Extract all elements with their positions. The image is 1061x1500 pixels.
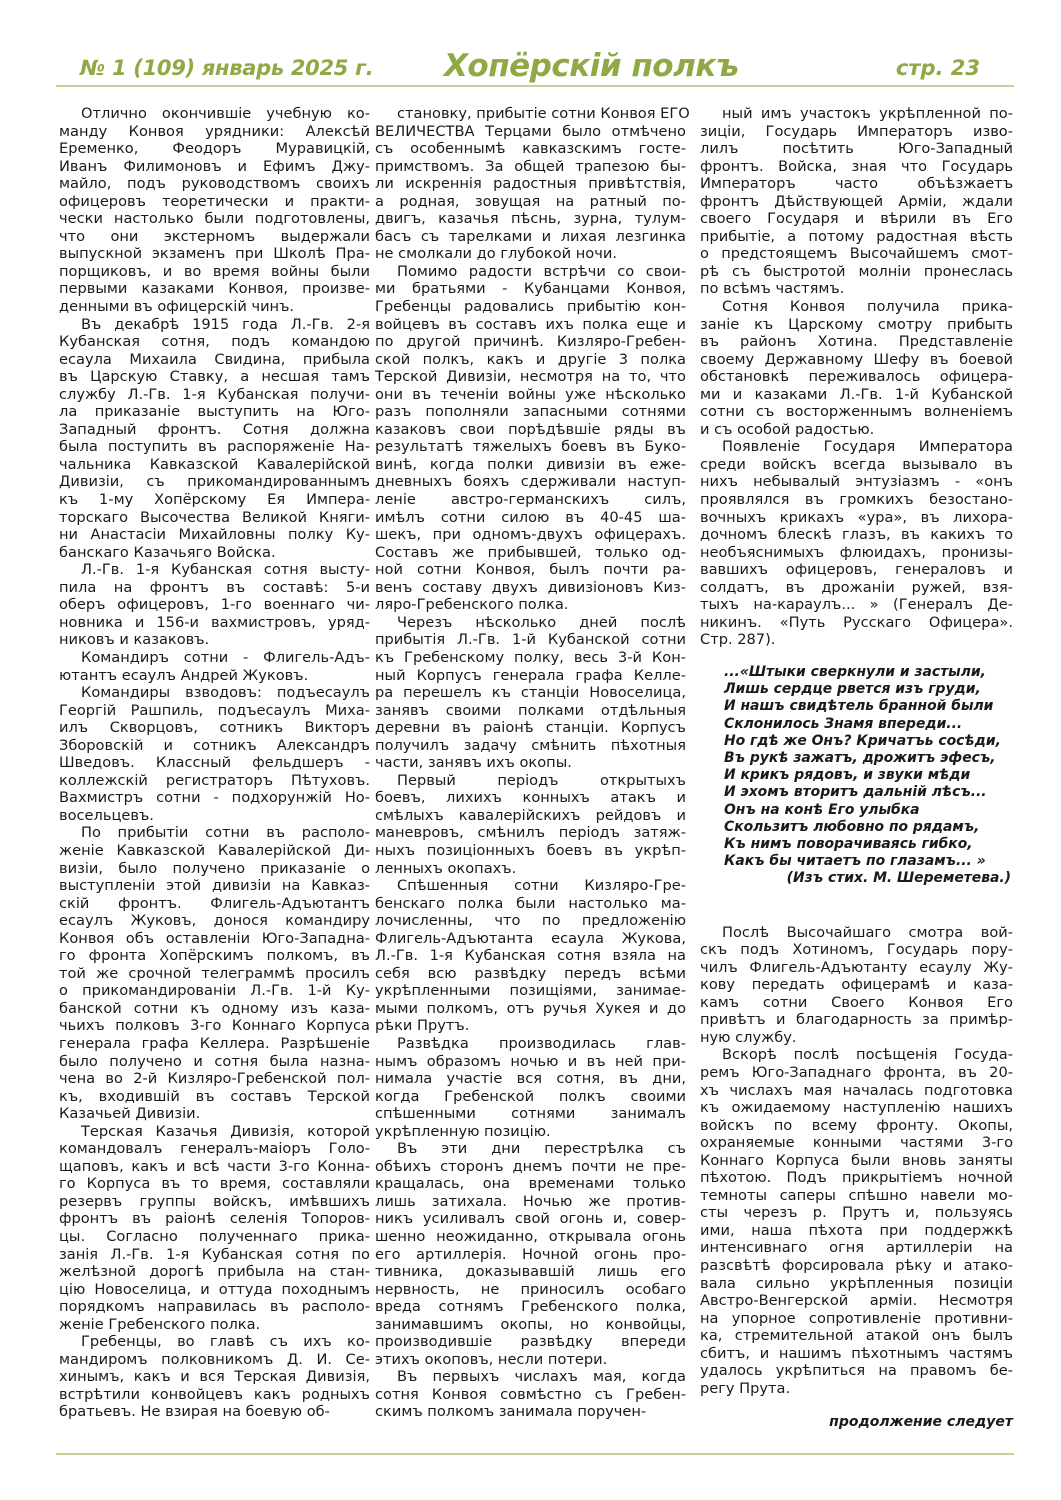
text-line: Казачьей Дивизіи. <box>59 1105 370 1123</box>
text-line: занимавшимъ окопы, но конвойцы, <box>375 1316 686 1334</box>
issue-number: № 1 (109) январь 2025 г. <box>80 56 373 80</box>
text-line: было получено и сотня была назна- <box>59 1053 370 1071</box>
text-line: Зборовскій и сотникъ Александръ <box>59 737 370 755</box>
paragraph: становку, прибытіе сотни Конвоя ЕГОВЕЛИЧ… <box>375 105 686 263</box>
publication-title: Хопёрскій полкъ <box>444 48 739 84</box>
text-line: ли искреннія радостныя привѣтствія, <box>375 175 686 193</box>
poem-line: И нашъ свидѣтель бранной были <box>724 698 1013 715</box>
text-line: вочныхъ крикахъ «ура», въ лихора- <box>700 509 1013 527</box>
text-line: этихъ окоповъ, несли потери. <box>375 1351 686 1369</box>
text-line: себя всю развѣдку передъ всѣми <box>375 965 686 983</box>
text-line: чилъ Флигель-Адъютанту есаулу Жу- <box>700 959 1013 977</box>
text-line: ской полкъ, какъ и другіе 3 полка <box>375 351 686 369</box>
text-line: двигъ, казачья пѣснь, зурна, тулум- <box>375 210 686 228</box>
text-line: вреда сотнямъ Гребенского полка, <box>375 1298 686 1316</box>
header-divider <box>56 85 1014 87</box>
text-line: съ особеннымѣ кавказскимъ госте- <box>375 140 686 158</box>
text-line: къ 1-му Хопёрскому Ея Импера- <box>59 491 370 509</box>
poem-quote: ...«Штыки сверкнули и застыли,Лишь сердц… <box>700 664 1013 888</box>
text-line: спѣшенными сотнями занималъ <box>375 1105 686 1123</box>
text-line: восельцевъ. <box>59 807 370 825</box>
paragraph: Черезъ нѣсколько дней послѣприбытія Л.-Г… <box>375 614 686 772</box>
text-line: Австро-Венгерской арміи. Несмотря <box>700 1292 1013 1310</box>
text-line: Георгій Рашпиль, подъесаулъ Миха- <box>59 702 370 720</box>
text-line: той же срочной телеграммѣ просилъ <box>59 965 370 983</box>
text-line: го фронта Хопёрскимъ полкомъ, въ <box>59 947 370 965</box>
page-header: № 1 (109) январь 2025 г. Хопёрскій полкъ… <box>78 48 1008 84</box>
text-line: Кубанская сотня, подъ командою <box>59 333 370 351</box>
text-line: бенскаго полка были настолько ма- <box>375 895 686 913</box>
text-line: заніе къ Царскому смотру прибыть <box>700 316 1013 334</box>
poem-line: Въ рукѣ зажатъ, дрожитъ эфесъ, <box>724 750 1013 767</box>
text-line: ную службу. <box>700 1029 1013 1047</box>
text-line: Дивизіи, съ прикомандированнымъ <box>59 473 370 491</box>
text-line: о предстоящемъ Высочайшемъ смот- <box>700 245 1013 263</box>
text-line: войцевъ въ составъ ихъ полка еще и <box>375 316 686 334</box>
text-line: имѣлъ сотни силою въ 40-45 ша- <box>375 509 686 527</box>
text-line: торскаго Высочества Великой Княги- <box>59 509 370 527</box>
text-line: деревни въ раіонѣ станціи. Корпусъ <box>375 719 686 737</box>
text-line: тыхъ на-караулъ... » (Генералъ Де- <box>700 596 1013 614</box>
text-line: денными въ офицерскій чинъ. <box>59 298 370 316</box>
text-line: скій фронтъ. Флигель-Адъютантъ <box>59 895 370 913</box>
text-line: ный Корпусъ генерала графа Келле- <box>375 667 686 685</box>
text-line: фронтъ. Войска, зная что Государь <box>700 158 1013 176</box>
text-line: ни Анастасіи Михайловны полку Ку- <box>59 526 370 544</box>
text-line: нымъ образомъ ночью и въ ней при- <box>375 1053 686 1071</box>
text-line: фронтъ въ раіонѣ селенія Топоров- <box>59 1210 370 1228</box>
text-line: когда Гребенской полкъ своими <box>375 1088 686 1106</box>
text-line: Вскорѣ послѣ посѣщенія Госуда- <box>700 1046 1013 1064</box>
text-line: своему Державному Шефу въ боевой <box>700 351 1013 369</box>
paragraph: Гребенцы, во главѣ съ ихъ ко-мандиромъ п… <box>59 1333 370 1421</box>
text-line: Командиры взводовъ: подъесаулъ <box>59 684 370 702</box>
text-line: выпускной экзаменъ при Школѣ Пра- <box>59 245 370 263</box>
text-line: боевъ, лихихъ конныхъ атакъ и <box>375 789 686 807</box>
text-line: вала сильно укрѣпленныя позиціи <box>700 1275 1013 1293</box>
text-line: никинъ. «Путь Русскаго Офицера». <box>700 614 1013 632</box>
paragraph: Появленіе Государя Императорасреди войск… <box>700 438 1013 649</box>
text-line: занія Л.-Гв. 1-я Кубанская сотня по <box>59 1246 370 1264</box>
text-line: прибытіе, а потому радостная вѣсть <box>700 228 1013 246</box>
footer-divider <box>56 1453 1014 1455</box>
paragraph: Въ первыхъ числахъ мая, когдасотня Конво… <box>375 1368 686 1421</box>
text-line: шекъ, при одномъ-двухъ офицерахъ. <box>375 526 686 544</box>
text-line: выступленіи этой дивизіи на Кавказ- <box>59 877 370 895</box>
text-line: оберъ офицеровъ, 1-го военнаго чи- <box>59 596 370 614</box>
text-line: есаула Михаила Свидина, прибыла <box>59 351 370 369</box>
text-line: не смолкали до глубокой ночи. <box>375 245 686 263</box>
text-line: привѣтъ и благодарность за примѣр- <box>700 1011 1013 1029</box>
poem-line: Лишь сердце рвется изъ груди, <box>724 681 1013 698</box>
text-line: рѣ съ быстротой молніи пронеслась <box>700 263 1013 281</box>
text-line: желѣзной дорогѣ прибыла на стан- <box>59 1263 370 1281</box>
text-line: Еременко, Феодоръ Муравицкій, <box>59 140 370 158</box>
poem-line: Но гдѣ же Онъ? Кричатъь сосѣди, <box>724 733 1013 750</box>
text-line: сты черезъ р. Прутъ и, пользуясь <box>700 1204 1013 1222</box>
text-line: никовъ и казаковъ. <box>59 631 370 649</box>
poem-line: Склонилось Знамя впереди... <box>724 716 1013 733</box>
text-line: на упорное сопротивленіе противни- <box>700 1310 1013 1328</box>
text-line: Отлично окончившіе учебную ко- <box>59 105 370 123</box>
text-line: винѣ, когда полки дивизіи въ еже- <box>375 456 686 474</box>
text-line: Л.-Гв. 1-я Кубанская сотня высту- <box>59 561 370 579</box>
text-line: ютантъ есаулъ Андрей Жуковъ. <box>59 667 370 685</box>
text-line: ныхъ позиціонныхъ боевъ въ укрѣп- <box>375 842 686 860</box>
poem-line: И крикъ рядовъ, и звуки мѣди <box>724 767 1013 784</box>
text-line: чальника Кавказской Кавалерійской <box>59 456 370 474</box>
text-line: скъ подъ Хотиномъ, Государь пору- <box>700 941 1013 959</box>
text-line: о прикомандированіи Л.-Гв. 1-й Ку- <box>59 982 370 1000</box>
text-line: Терская Казачья Дивизія, которой <box>59 1123 370 1141</box>
text-line: Флигель-Адъютанта есаула Жукова, <box>375 930 686 948</box>
text-line: службу Л.-Гв. 1-я Кубанская получи- <box>59 386 370 404</box>
text-line: укрѣпленными позищіями, занимае- <box>375 982 686 1000</box>
text-line: кову передать офицерамѣ и каза- <box>700 976 1013 994</box>
text-line: а родная, зовущая на ратный по- <box>375 193 686 211</box>
text-line: Гребенцы, во главѣ съ ихъ ко- <box>59 1333 370 1351</box>
text-line: сотня Конвоя совмѣстно съ Гребен- <box>375 1386 686 1404</box>
text-line: ка, стремительной атакой онъ былъ <box>700 1327 1013 1345</box>
paragraph: Первый періодъ открытыхъбоевъ, лихихъ ко… <box>375 772 686 877</box>
text-line: ра перешелъ къ станціи Новоселица, <box>375 684 686 702</box>
text-line: къ ожидаемому наступленію нашихъ <box>700 1099 1013 1117</box>
text-line: Шведовъ. Классный фельдшеръ - <box>59 754 370 772</box>
poem-line: ...«Штыки сверкнули и застыли, <box>724 664 1013 681</box>
text-line: въ Царскую Ставку, а несшая тамъ <box>59 368 370 386</box>
text-line: Сотня Конвоя получила прика- <box>700 298 1013 316</box>
text-line: цію Новоселица, и оттуда походнымъ <box>59 1281 370 1299</box>
text-line: обстановкѣ переживалось офицера- <box>700 368 1013 386</box>
text-line: дневныхъ бояхъ сдерживали наступ- <box>375 473 686 491</box>
text-line: примствомъ. За общей трапезою бы- <box>375 158 686 176</box>
text-line: лишь затихала. Ночью же против- <box>375 1193 686 1211</box>
paragraph: Отлично окончившіе учебную ко-манду Конв… <box>59 105 370 316</box>
text-line: банской сотни къ одному изъ каза- <box>59 1000 370 1018</box>
text-line: офицеровъ теоретически и практи- <box>59 193 370 211</box>
text-line: щаповъ, какъ и всѣ части 3-го Конна- <box>59 1158 370 1176</box>
text-line: братьевъ. Не взирая на боевую об- <box>59 1403 370 1421</box>
text-line: производившіе развѣдку впереди <box>375 1333 686 1351</box>
text-line: въ районъ Хотина. Представленіе <box>700 333 1013 351</box>
text-line: илъ Скворцовъ, сотникъ Викторъ <box>59 719 370 737</box>
text-line: становку, прибытіе сотни Конвоя ЕГО <box>375 105 686 123</box>
text-line: и съ особой радостью. <box>700 421 1013 439</box>
text-line: хъ числахъ мая началась подготовка <box>700 1082 1013 1100</box>
text-line: была поступить въ распоряженіе На- <box>59 438 370 456</box>
text-line: майло, подъ руководствомъ своихъ <box>59 175 370 193</box>
text-line: своего Государя и вѣрили въ Его <box>700 210 1013 228</box>
paragraph: Вскорѣ послѣ посѣщенія Госуда-ремъ Юго-З… <box>700 1046 1013 1397</box>
text-line: встрѣтили конвойцевъ какъ родныхъ <box>59 1386 370 1404</box>
text-line: охраняемые конными частями 3-го <box>700 1134 1013 1152</box>
text-line: никъ усиливалъ свой огонь и, совер- <box>375 1210 686 1228</box>
text-line: рѣки Прутъ. <box>375 1017 686 1035</box>
paragraph: Спѣшенныя сотни Кизляро-Гре-бенскаго пол… <box>375 877 686 1035</box>
text-line: хинымъ, какъ и вся Терская Дивизія, <box>59 1368 370 1386</box>
text-line: ленныхъ окопахъ. <box>375 860 686 878</box>
text-line: чена во 2-й Кизляро-Гребенской пол- <box>59 1070 370 1088</box>
poem-line: Скользитъ любовно по рядамъ, <box>724 819 1013 836</box>
paragraph: Развѣдка производилась глав-нымъ образом… <box>375 1035 686 1140</box>
text-line: лилъ посѣтить Юго-Западный <box>700 140 1013 158</box>
text-line: командовалъ генералъ-маіоръ Голо- <box>59 1140 370 1158</box>
text-line: порщиковъ, и во время войны были <box>59 263 370 281</box>
text-line: они въ теченіи войны уже нѣсколько <box>375 386 686 404</box>
text-line: получилъ задачу смѣнить пѣхотныя <box>375 737 686 755</box>
poem-line: Какъ бы читаетъ по глазамъ... » <box>724 853 1013 870</box>
text-line: Послѣ Высочайшаго смотра вой- <box>700 924 1013 942</box>
text-line: удалось укрѣпиться на правомъ бе- <box>700 1362 1013 1380</box>
text-line: По прибытіи сотни въ располо- <box>59 824 370 842</box>
text-line: Командиръ сотни - Флигель-Адъ- <box>59 649 370 667</box>
text-line: по другой причинѣ. Кизляро-Гребен- <box>375 333 686 351</box>
paragraph: Командиръ сотни - Флигель-Адъ-ютантъ еса… <box>59 649 370 684</box>
text-line: цы. Согласно полученнаго прика- <box>59 1228 370 1246</box>
text-line: зиціи, Государь Императоръ изво- <box>700 123 1013 141</box>
text-line: Черезъ нѣсколько дней послѣ <box>375 614 686 632</box>
text-line: пѣхотою. Подъ прикрытіемъ ночной <box>700 1169 1013 1187</box>
text-line: Составъ же прибывшей, только од- <box>375 544 686 562</box>
text-line: есаулъ Жуковъ, донося командиру <box>59 912 370 930</box>
poem-line: Къ нимъ поворачиваясь гибко, <box>724 836 1013 853</box>
text-line: Помимо радости встрѣчи со свои- <box>375 263 686 281</box>
paragraph: По прибытіи сотни въ располо-женіе Кавка… <box>59 824 370 1122</box>
text-line: резервъ группы войскъ, имѣвшихъ <box>59 1193 370 1211</box>
text-line: разъ пополняли запасными сотнями <box>375 403 686 421</box>
text-line: ляро-Гребенского полка. <box>375 596 686 614</box>
text-line: Терской Дивизіи, несмотря на то, что <box>375 368 686 386</box>
text-line: нимала участіе вся сотня, въ дни, <box>375 1070 686 1088</box>
text-line: казаковъ свои порѣдѣвшіе ряды въ <box>375 421 686 439</box>
text-line: скимъ полкомъ занимала поручен- <box>375 1403 686 1421</box>
text-line: ла приказаніе выступить на Юго- <box>59 403 370 421</box>
text-line: темноты саперы спѣшно навели мо- <box>700 1187 1013 1205</box>
text-line: Въ декабрѣ 1915 года Л.-Гв. 2-я <box>59 316 370 334</box>
text-line: интенсивнаго огня артиллеріи на <box>700 1239 1013 1257</box>
text-line: Гребенцы радовались прибытію кон- <box>375 298 686 316</box>
text-line: Западный фронтъ. Сотня должна <box>59 421 370 439</box>
text-line: маневровъ, смѣнилъ періодъ затяж- <box>375 824 686 842</box>
text-line: ми и казаками Л.-Гв. 1-й Кубанской <box>700 386 1013 404</box>
text-line: генерала графа Келлера. Разрѣшеніе <box>59 1035 370 1053</box>
page-number: стр. 23 <box>896 56 980 80</box>
text-line: Въ эти дни перестрѣлка съ <box>375 1140 686 1158</box>
text-line: ремъ Юго-Западнаго фронта, въ 20- <box>700 1064 1013 1082</box>
text-line: женіе Гребенского полка. <box>59 1316 370 1334</box>
text-line: коллежскій регистраторъ Пѣтуховъ. <box>59 772 370 790</box>
paragraph: Терская Казачья Дивизія, которойкомандов… <box>59 1123 370 1334</box>
poem-line: И эхомъ вторитъ дальній лѣсъ... <box>724 784 1013 801</box>
continued-note: продолжение следует <box>700 1414 1013 1432</box>
paragraph: Л.-Гв. 1-я Кубанская сотня высту-пила на… <box>59 561 370 649</box>
text-line: Иванъ Филимоновъ и Ефимъ Джу- <box>59 158 370 176</box>
article-column-1: Отлично окончившіе учебную ко-манду Конв… <box>59 105 370 1421</box>
text-line: разсвѣтѣ форсировала рѣку и атако- <box>700 1257 1013 1275</box>
text-line: го Корпуса въ то время, составляли <box>59 1175 370 1193</box>
text-line: банскаго Казачьяго Войска. <box>59 544 370 562</box>
text-line: солдатъ, въ дрожаніи ружей, взя- <box>700 579 1013 597</box>
text-line: пила на фронтъ въ составѣ: 5-и <box>59 579 370 597</box>
text-line: порядкомъ направилась въ располо- <box>59 1298 370 1316</box>
text-line: Л.-Гв. 1-я Кубанская сотня взяла на <box>375 947 686 965</box>
text-line: регу Прута. <box>700 1380 1013 1398</box>
paragraph: Помимо радости встрѣчи со свои-ми братья… <box>375 263 686 614</box>
text-line: ной сотни Конвоя, былъ почти ра- <box>375 561 686 579</box>
paragraph: Въ эти дни перестрѣлка съобѣихъ сторонъ … <box>375 1140 686 1368</box>
text-line: проявлялся въ громкихъ безостано- <box>700 491 1013 509</box>
text-line: нихъ небывалый энтузіазмъ - «онъ <box>700 473 1013 491</box>
text-line: Появленіе Государя Императора <box>700 438 1013 456</box>
text-line: части, занявъ ихъ окопы. <box>375 754 686 772</box>
text-line: шенно неожиданно, открывала огонь <box>375 1228 686 1246</box>
text-line: нервность, не приносилъ особаго <box>375 1281 686 1299</box>
text-line: Императоръ часто объѣзжаетъ <box>700 175 1013 193</box>
text-line: чьихъ полковъ 3-го Коннаго Корпуса <box>59 1017 370 1035</box>
text-line: первыми казаками Конвоя, произве- <box>59 280 370 298</box>
poem-source: (Изъ стих. М. Шереметева.) <box>724 870 1013 887</box>
text-line: ный имъ участокъ укрѣпленной по- <box>700 105 1013 123</box>
paragraph: Сотня Конвоя получила прика-заніе къ Цар… <box>700 298 1013 438</box>
text-line: по всѣмъ частямъ. <box>700 280 1013 298</box>
text-line: дочномъ блескѣ глазъ, въ какихъ то <box>700 526 1013 544</box>
text-line: его артиллерія. Ночной огонь про- <box>375 1246 686 1264</box>
poem-line: Онъ на конѣ Его улыбка <box>724 802 1013 819</box>
text-line: Конвоя объ оставленіи Юго-Западна- <box>59 930 370 948</box>
text-line: тивника, доказывавшій лишь его <box>375 1263 686 1281</box>
text-line: леніе австро-германскихъ силъ, <box>375 491 686 509</box>
text-line: Стр. 287). <box>700 631 1013 649</box>
text-line: Первый періодъ открытыхъ <box>375 772 686 790</box>
text-line: ВЕЛИЧЕСТВА Терцами было отмѣчено <box>375 123 686 141</box>
text-line: фронтъ Дѣйствующей Арміи, ждали <box>700 193 1013 211</box>
text-line: смѣлыхъ кавалерійскихъ рейдовъ и <box>375 807 686 825</box>
text-line: сотни съ восторженнымъ волненіемъ <box>700 403 1013 421</box>
text-line: вавшихъ офицеровъ, генераловъ и <box>700 561 1013 579</box>
text-line: ими, наша пѣхота при поддержкѣ <box>700 1222 1013 1240</box>
text-line: женіе Кавказской Кавалерійской Ди- <box>59 842 370 860</box>
text-line: манду Конвоя урядники: Алексѣй <box>59 123 370 141</box>
text-line: камъ сотни Своего Конвоя Его <box>700 994 1013 1012</box>
text-line: мандиромъ полковникомъ Д. И. Се- <box>59 1351 370 1369</box>
text-line: необъяснимыхъ флюидахъ, пронизы- <box>700 544 1013 562</box>
text-line: обѣихъ сторонъ днемъ почти не пре- <box>375 1158 686 1176</box>
text-line: результатѣ тяжелыхъ боевъ въ Буко- <box>375 438 686 456</box>
text-line: визіи, было получено приказаніе о <box>59 860 370 878</box>
article-column-2: становку, прибытіе сотни Конвоя ЕГОВЕЛИЧ… <box>375 105 686 1421</box>
text-line: сбитъ, и нашимъ пѣхотнымъ частямъ <box>700 1345 1013 1363</box>
paragraph: Командиры взводовъ: подъесаулъГеоргій Ра… <box>59 684 370 824</box>
paragraph: Въ декабрѣ 1915 года Л.-Гв. 2-яКубанская… <box>59 316 370 562</box>
text-line: что они экстерномъ выдержали <box>59 228 370 246</box>
text-line: Въ первыхъ числахъ мая, когда <box>375 1368 686 1386</box>
text-line: прибытія Л.-Гв. 1-й Кубанской сотни <box>375 631 686 649</box>
text-line: среди войскъ всегда вызывало въ <box>700 456 1013 474</box>
text-line: венъ составу двухъ дивизіоновъ Киз- <box>375 579 686 597</box>
text-line: войскъ по всему фронту. Окопы, <box>700 1117 1013 1135</box>
text-line: занявъ своими полками отдѣльныя <box>375 702 686 720</box>
text-line: чески настолько были подготовлены, <box>59 210 370 228</box>
text-line: Коннаго Корпуса были вновь заняты <box>700 1152 1013 1170</box>
text-line: ми братьями - Кубанцами Конвоя, <box>375 280 686 298</box>
text-line: лочисленны, что по предложенію <box>375 912 686 930</box>
text-line: басъ съ тарелками и лихая лезгинка <box>375 228 686 246</box>
text-line: мыми полкомъ, отъ ручья Хукея и до <box>375 1000 686 1018</box>
text-line: кращалась, она временами только <box>375 1175 686 1193</box>
text-line: Спѣшенныя сотни Кизляро-Гре- <box>375 877 686 895</box>
paragraph: ный имъ участокъ укрѣпленной по-зиціи, Г… <box>700 105 1013 298</box>
article-column-3: ный имъ участокъ укрѣпленной по-зиціи, Г… <box>700 105 1013 1432</box>
text-line: укрѣпленную позицію. <box>375 1123 686 1141</box>
paragraph: Послѣ Высочайшаго смотра вой-скъ подъ Хо… <box>700 924 1013 1047</box>
text-line: къ Гребенскому полку, весь 3-й Кон- <box>375 649 686 667</box>
text-line: новника и 156-и вахмистровъ, уряд- <box>59 614 370 632</box>
text-line: Развѣдка производилась глав- <box>375 1035 686 1053</box>
spacer <box>700 888 1013 924</box>
text-line: Вахмистръ сотни - подхорунжій Но- <box>59 789 370 807</box>
text-line: къ, входившій въ составъ Терской <box>59 1088 370 1106</box>
